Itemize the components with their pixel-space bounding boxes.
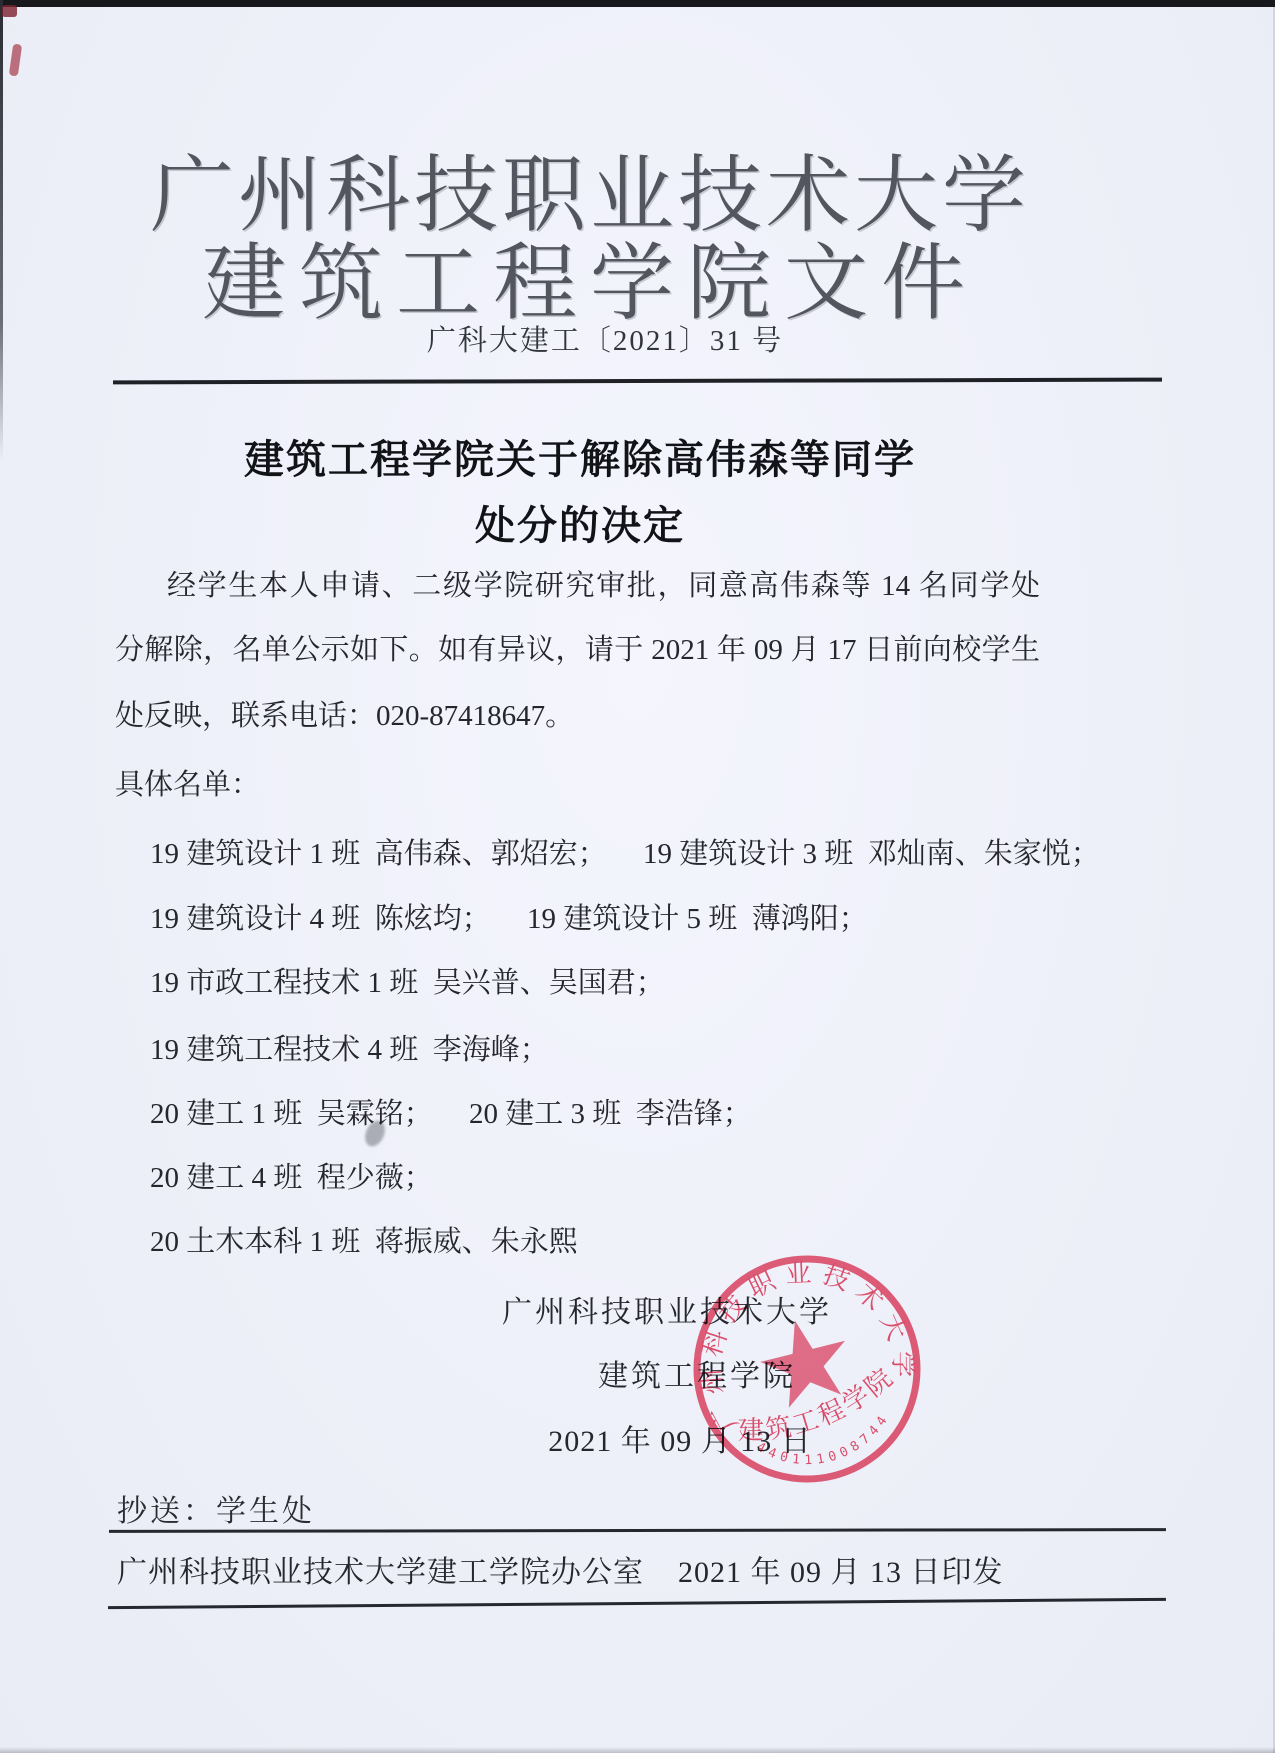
paragraph-line: 分解除，名单公示如下。如有异议，请于 2021 年 09 月 17 日前向校学生 (115, 630, 1040, 670)
red-speck-mark (2, 5, 17, 17)
list-item: 20 建工 1 班 吴霖铭； 20 建工 3 班 李浩锋； (150, 1094, 1150, 1134)
list-item: 19 市政工程技术 1 班 吴兴普、吴国君； (150, 963, 1150, 1003)
list-item: 20 土木本科 1 班 蒋振威、朱永熙 (150, 1222, 1150, 1262)
list-item: 19 建筑工程技术 4 班 李海峰； (150, 1030, 1150, 1070)
scanned-document-page: 广州科技职业技术大学 建筑工程学院文件 广科大建工〔2021〕31 号 建筑工程… (0, 0, 1275, 1753)
scan-edge-top (0, 0, 1275, 7)
scan-edge-bottom (0, 1747, 1275, 1753)
red-speck-mark (9, 44, 22, 77)
list-item: 19 建筑设计 4 班 陈炫均； 19 建筑设计 5 班 薄鸿阳； (150, 899, 1150, 939)
list-item: 19 建筑设计 1 班 高伟森、郭炤宏； 19 建筑设计 3 班 邓灿南、朱家悦… (150, 834, 1150, 874)
document-title-line2: 处分的决定 (0, 494, 1160, 551)
letterhead-divider (113, 378, 1162, 385)
paragraph-line: 处反映，联系电话：020-87418647。 (115, 696, 1040, 736)
paragraph-line: 经学生本人申请、二级学院研究审批，同意高伟森等 14 名同学处 (115, 566, 1040, 606)
document-number: 广科大建工〔2021〕31 号 (0, 318, 1210, 359)
list-heading: 具体名单： (115, 762, 260, 803)
document-title-line1: 建筑工程学院关于解除高伟森等同学 (0, 428, 1160, 485)
footer-divider-top (109, 1528, 1166, 1533)
official-stamp-seal: 广州科技职业技术大学 建筑工程学院 440111008744 (687, 1249, 927, 1489)
footer-cc-line: 抄送：学生处 (117, 1486, 315, 1530)
footer-issuer-line: 广州科技职业技术大学建工学院办公室 2021 年 09 月 13 日印发 (117, 1547, 1004, 1591)
footer-divider-bottom (108, 1598, 1166, 1609)
list-item: 20 建工 4 班 程少薇； (150, 1158, 1150, 1198)
